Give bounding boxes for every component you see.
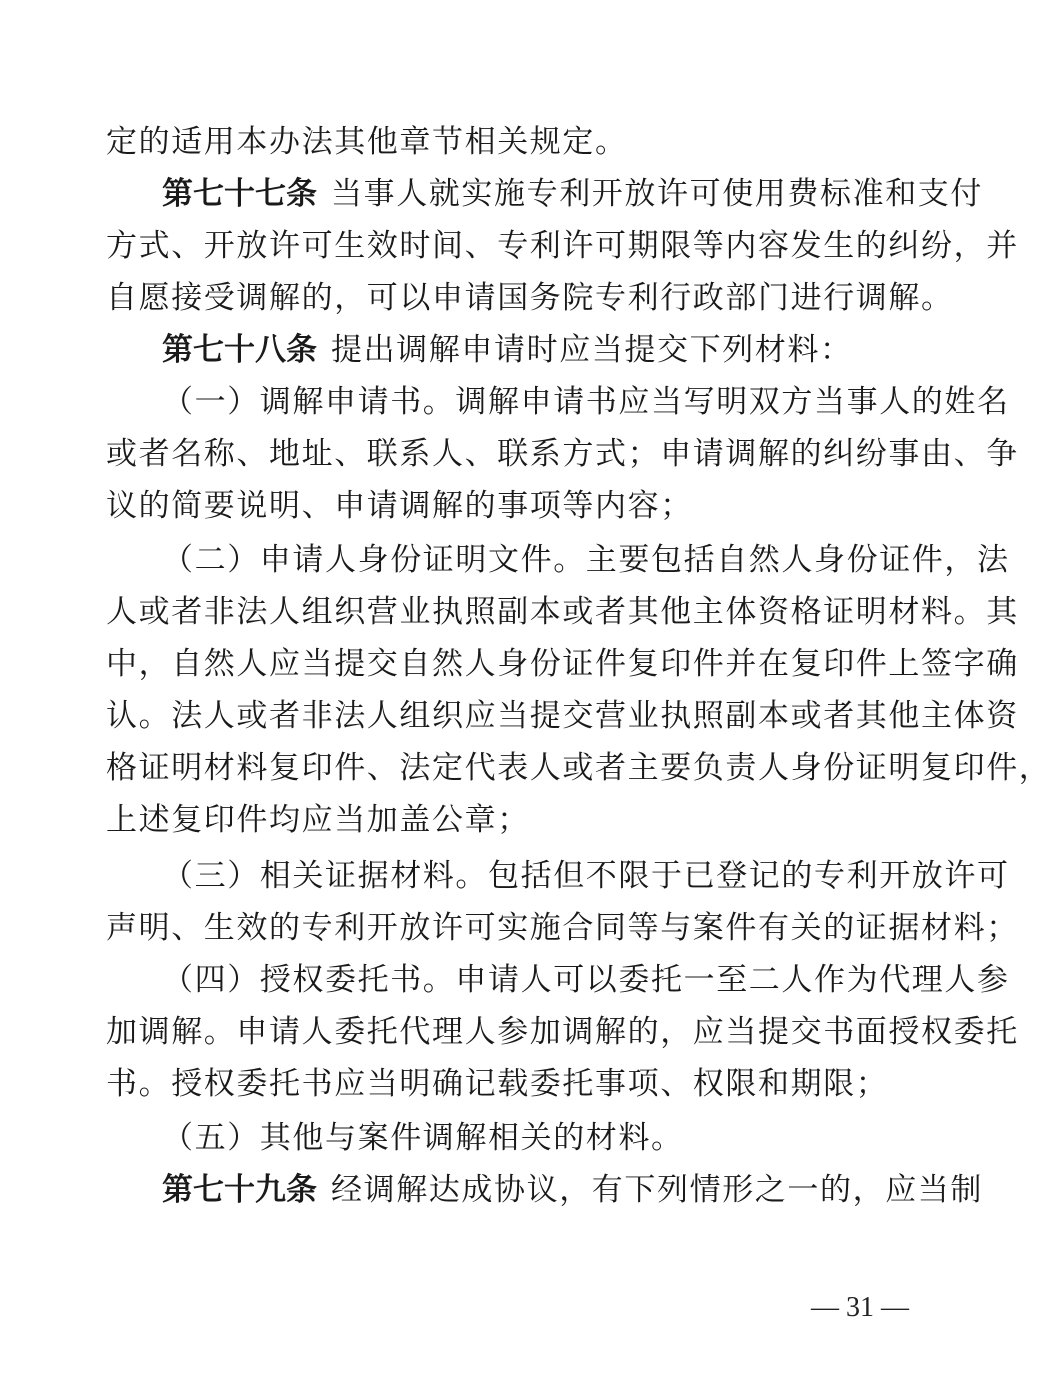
line-text: 定的适用本办法其他章节相关规定。 bbox=[106, 124, 628, 160]
line-text: （五）其他与案件调解相关的材料。 bbox=[162, 1120, 684, 1156]
line-text: 方式、开放许可生效时间、专利许可期限等内容发生的纠纷，并 bbox=[106, 228, 1019, 264]
line-text: 提出调解申请时应当提交下列材料： bbox=[331, 332, 853, 368]
line-text: （二）申请人身份证明文件。主要包括自然人身份证件，法 bbox=[162, 542, 1010, 578]
line-text: 声明、生效的专利开放许可实施合同等与案件有关的证据材料； bbox=[106, 910, 1019, 946]
text-line: 格证明材料复印件、法定代表人或者主要负责人身份证明复印件， bbox=[106, 748, 906, 788]
line-text: 书。授权委托书应当明确记载委托事项、权限和期限； bbox=[106, 1066, 888, 1102]
line-text: （一）调解申请书。调解申请书应当写明双方当事人的姓名 bbox=[162, 384, 1010, 420]
text-line: 上述复印件均应当加盖公章； bbox=[106, 800, 906, 840]
line-text: 或者名称、地址、联系人、联系方式；申请调解的纠纷事由、争 bbox=[106, 436, 1019, 472]
line-text: 自愿接受调解的，可以申请国务院专利行政部门进行调解。 bbox=[106, 280, 954, 316]
article-number: 第七十八条 bbox=[162, 332, 317, 368]
text-line: （一）调解申请书。调解申请书应当写明双方当事人的姓名 bbox=[162, 382, 906, 422]
article-number: 第七十九条 bbox=[162, 1172, 317, 1208]
line-text: 上述复印件均应当加盖公章； bbox=[106, 802, 530, 838]
text-line: 自愿接受调解的，可以申请国务院专利行政部门进行调解。 bbox=[106, 278, 906, 318]
line-text: 议的简要说明、申请调解的事项等内容； bbox=[106, 488, 693, 524]
text-line: 书。授权委托书应当明确记载委托事项、权限和期限； bbox=[106, 1064, 906, 1104]
line-text: 认。法人或者非法人组织应当提交营业执照副本或者其他主体资 bbox=[106, 698, 1019, 734]
line-text: 中，自然人应当提交自然人身份证件复印件并在复印件上签字确 bbox=[106, 646, 1019, 682]
article-heading-line: 第七十八条提出调解申请时应当提交下列材料： bbox=[162, 330, 906, 370]
text-line: 或者名称、地址、联系人、联系方式；申请调解的纠纷事由、争 bbox=[106, 434, 906, 474]
text-line: 议的简要说明、申请调解的事项等内容； bbox=[106, 486, 906, 526]
text-line: （五）其他与案件调解相关的材料。 bbox=[162, 1118, 906, 1158]
text-line: 方式、开放许可生效时间、专利许可期限等内容发生的纠纷，并 bbox=[106, 226, 906, 266]
text-line: 中，自然人应当提交自然人身份证件复印件并在复印件上签字确 bbox=[106, 644, 906, 684]
text-line: 声明、生效的专利开放许可实施合同等与案件有关的证据材料； bbox=[106, 908, 906, 948]
line-text: 人或者非法人组织营业执照副本或者其他主体资格证明材料。其 bbox=[106, 594, 1019, 630]
text-line: 定的适用本办法其他章节相关规定。 bbox=[106, 122, 906, 162]
article-heading-line: 第七十七条当事人就实施专利开放许可使用费标准和支付 bbox=[162, 174, 906, 214]
line-text: （四）授权委托书。申请人可以委托一至二人作为代理人参 bbox=[162, 962, 1010, 998]
text-line: 人或者非法人组织营业执照副本或者其他主体资格证明材料。其 bbox=[106, 592, 906, 632]
text-line: 认。法人或者非法人组织应当提交营业执照副本或者其他主体资 bbox=[106, 696, 906, 736]
text-line: （二）申请人身份证明文件。主要包括自然人身份证件，法 bbox=[162, 540, 906, 580]
page-number: — 31 — bbox=[800, 1290, 920, 1326]
text-line: 加调解。申请人委托代理人参加调解的，应当提交书面授权委托 bbox=[106, 1012, 906, 1052]
line-text: 当事人就实施专利开放许可使用费标准和支付 bbox=[331, 176, 983, 212]
text-line: （三）相关证据材料。包括但不限于已登记的专利开放许可 bbox=[162, 856, 906, 896]
line-text: （三）相关证据材料。包括但不限于已登记的专利开放许可 bbox=[162, 858, 1010, 894]
line-text: 格证明材料复印件、法定代表人或者主要负责人身份证明复印件， bbox=[106, 750, 1039, 786]
text-line: （四）授权委托书。申请人可以委托一至二人作为代理人参 bbox=[162, 960, 906, 1000]
article-number: 第七十七条 bbox=[162, 176, 317, 212]
document-page: 定的适用本办法其他章节相关规定。第七十七条当事人就实施专利开放许可使用费标准和支… bbox=[0, 0, 1039, 1375]
article-heading-line: 第七十九条经调解达成协议，有下列情形之一的，应当制 bbox=[162, 1170, 906, 1210]
line-text: 经调解达成协议，有下列情形之一的，应当制 bbox=[331, 1172, 983, 1208]
line-text: 加调解。申请人委托代理人参加调解的，应当提交书面授权委托 bbox=[106, 1014, 1019, 1050]
